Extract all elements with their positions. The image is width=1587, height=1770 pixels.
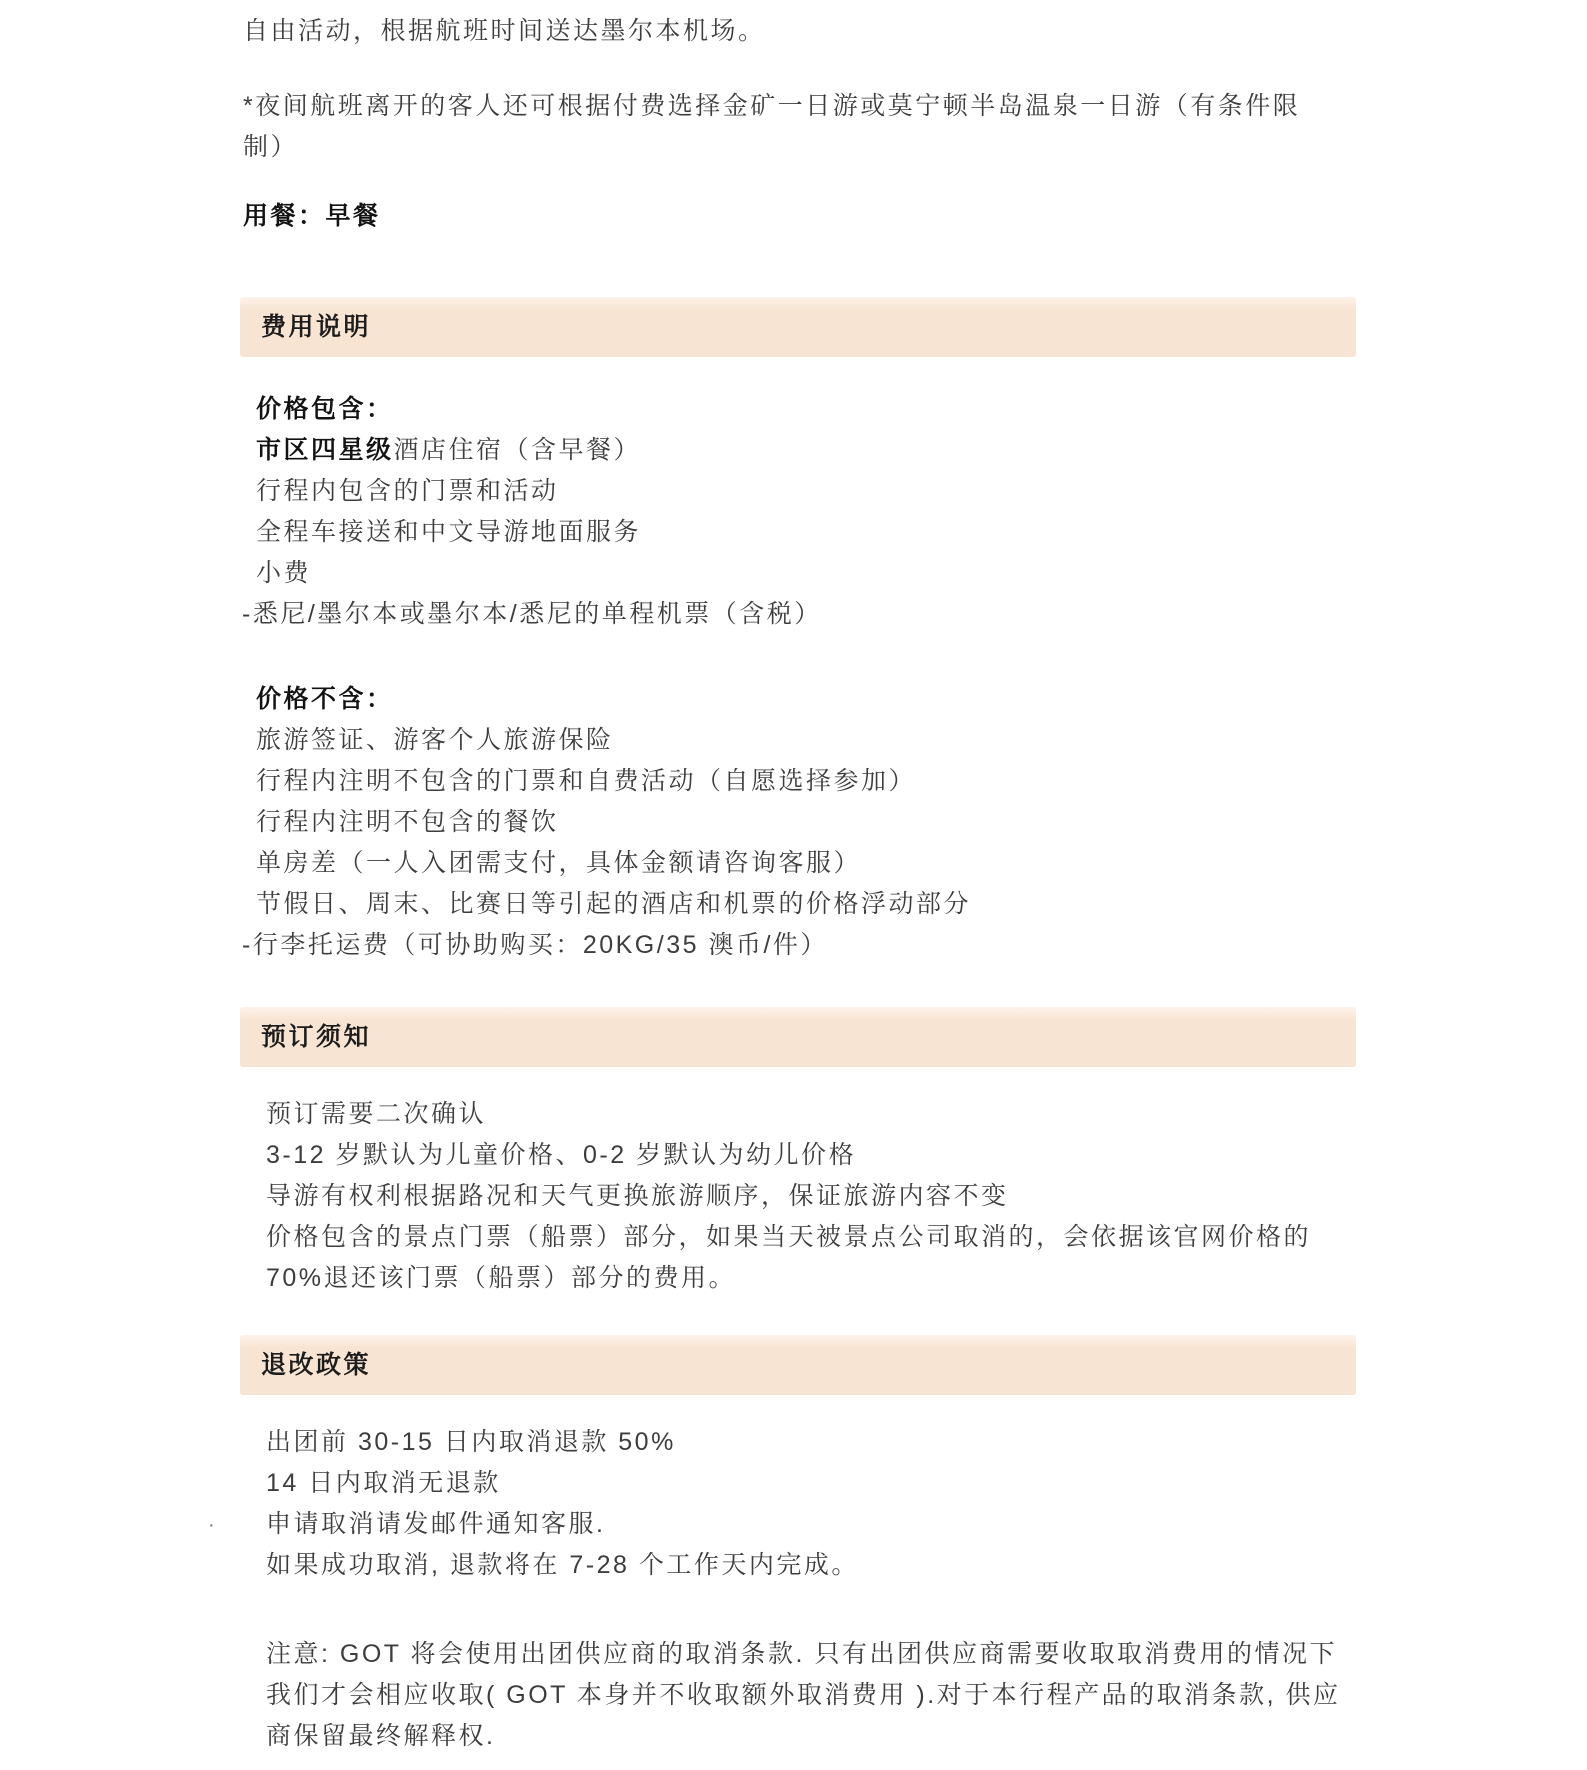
list-item-baggage: -行李托运费（可协助购买：20KG/35 澳币/件）: [240, 925, 1356, 966]
list-item-hotel: 市区四星级酒店住宿（含早餐）: [240, 430, 1356, 471]
list-item-price-float: 节假日、周末、比赛日等引起的酒店和机票的价格浮动部分: [240, 884, 1356, 925]
cancel-note-line-1: 注意: GOT 将会使用出团供应商的取消条款. 只有出团供应商需要收取取消费用的…: [240, 1634, 1356, 1675]
price-include-list: 价格包含： 市区四星级酒店住宿（含早餐） 行程内包含的门票和活动 全程车接送和中…: [240, 389, 1356, 635]
booking-item-guide-right: 导游有权利根据路况和天气更换旅游顺序，保证旅游内容不变: [240, 1176, 1356, 1217]
booking-item-child-price: 3-12 岁默认为儿童价格、0-2 岁默认为幼儿价格: [240, 1135, 1356, 1176]
section-banner-fees: 费用说明: [240, 297, 1356, 357]
bullet-dot: ·: [208, 1505, 215, 1546]
section-banner-cancel: 退改政策: [240, 1335, 1356, 1395]
list-item-visa: 旅游签证、游客个人旅游保险: [240, 720, 1356, 761]
list-item-optional: 行程内注明不包含的门票和自费活动（自愿选择参加）: [240, 761, 1356, 802]
cancel-item-email-text: 申请取消请发邮件通知客服.: [266, 1510, 605, 1538]
intro-paragraph: 自由活动，根据航班时间送达墨尔本机场。: [240, 11, 1356, 52]
night-flight-note: *夜间航班离开的客人还可根据付费选择金矿一日游或莫宁顿半岛温泉一日游（有条件限 …: [240, 86, 1356, 168]
section-title-booking: 预订须知: [261, 1023, 371, 1051]
cancel-item-refund-time: 如果成功取消, 退款将在 7-28 个工作天内完成。: [240, 1545, 1356, 1586]
list-item-single-room: 单房差（一人入团需支付，具体金额请咨询客服）: [240, 843, 1356, 884]
section-banner-booking: 预订须知: [240, 1007, 1356, 1067]
section-title-fees: 费用说明: [261, 313, 371, 341]
document-page: 自由活动，根据航班时间送达墨尔本机场。 *夜间航班离开的客人还可根据付费选择金矿…: [240, 0, 1356, 1757]
cancel-note-paragraph: 注意: GOT 将会使用出团供应商的取消条款. 只有出团供应商需要收取取消费用的…: [240, 1634, 1356, 1757]
hotel-grade-bold: 市区四星级: [256, 436, 394, 464]
price-exclude-list: 价格不含： 旅游签证、游客个人旅游保险 行程内注明不包含的门票和自费活动（自愿选…: [240, 679, 1356, 966]
booking-notes-list: 预订需要二次确认 3-12 岁默认为儿童价格、0-2 岁默认为幼儿价格 导游有权…: [240, 1094, 1356, 1299]
section-title-cancel: 退改政策: [261, 1351, 371, 1379]
cancel-note-line-2: 我们才会相应收取( GOT 本身并不收取额外取消费用 ).对于本行程产品的取消条…: [240, 1675, 1356, 1716]
price-include-heading: 价格包含：: [240, 389, 1356, 430]
list-item-meals: 行程内注明不包含的餐饮: [240, 802, 1356, 843]
night-flight-note-line-1: *夜间航班离开的客人还可根据付费选择金矿一日游或莫宁顿半岛温泉一日游（有条件限: [243, 86, 1356, 127]
cancel-item-email: ·申请取消请发邮件通知客服.: [240, 1504, 1356, 1545]
booking-item-ticket-refund-1: 价格包含的景点门票（船票）部分，如果当天被景点公司取消的，会依据该官网价格的: [240, 1217, 1356, 1258]
booking-item-confirm: 预订需要二次确认: [240, 1094, 1356, 1135]
price-exclude-heading: 价格不含：: [240, 679, 1356, 720]
list-item-tickets: 行程内包含的门票和活动: [240, 471, 1356, 512]
booking-item-ticket-refund-2: 70%退还该门票（船票）部分的费用。: [240, 1258, 1356, 1299]
cancel-policy-list: 出团前 30-15 日内取消退款 50% 14 日内取消无退款 ·申请取消请发邮…: [240, 1422, 1356, 1586]
list-item-transfer: 全程车接送和中文导游地面服务: [240, 512, 1356, 553]
cancel-item-30-15: 出团前 30-15 日内取消退款 50%: [240, 1422, 1356, 1463]
list-item-tips: 小费: [240, 553, 1356, 594]
cancel-note-line-3: 商保留最终解释权.: [240, 1716, 1356, 1757]
cancel-item-14: 14 日内取消无退款: [240, 1463, 1356, 1504]
meal-info: 用餐：早餐: [240, 196, 1356, 237]
list-item-flight: -悉尼/墨尔本或墨尔本/悉尼的单程机票（含税）: [240, 594, 1356, 635]
hotel-rest-text: 酒店住宿（含早餐）: [394, 436, 642, 464]
night-flight-note-line-2: 制）: [243, 127, 1356, 168]
